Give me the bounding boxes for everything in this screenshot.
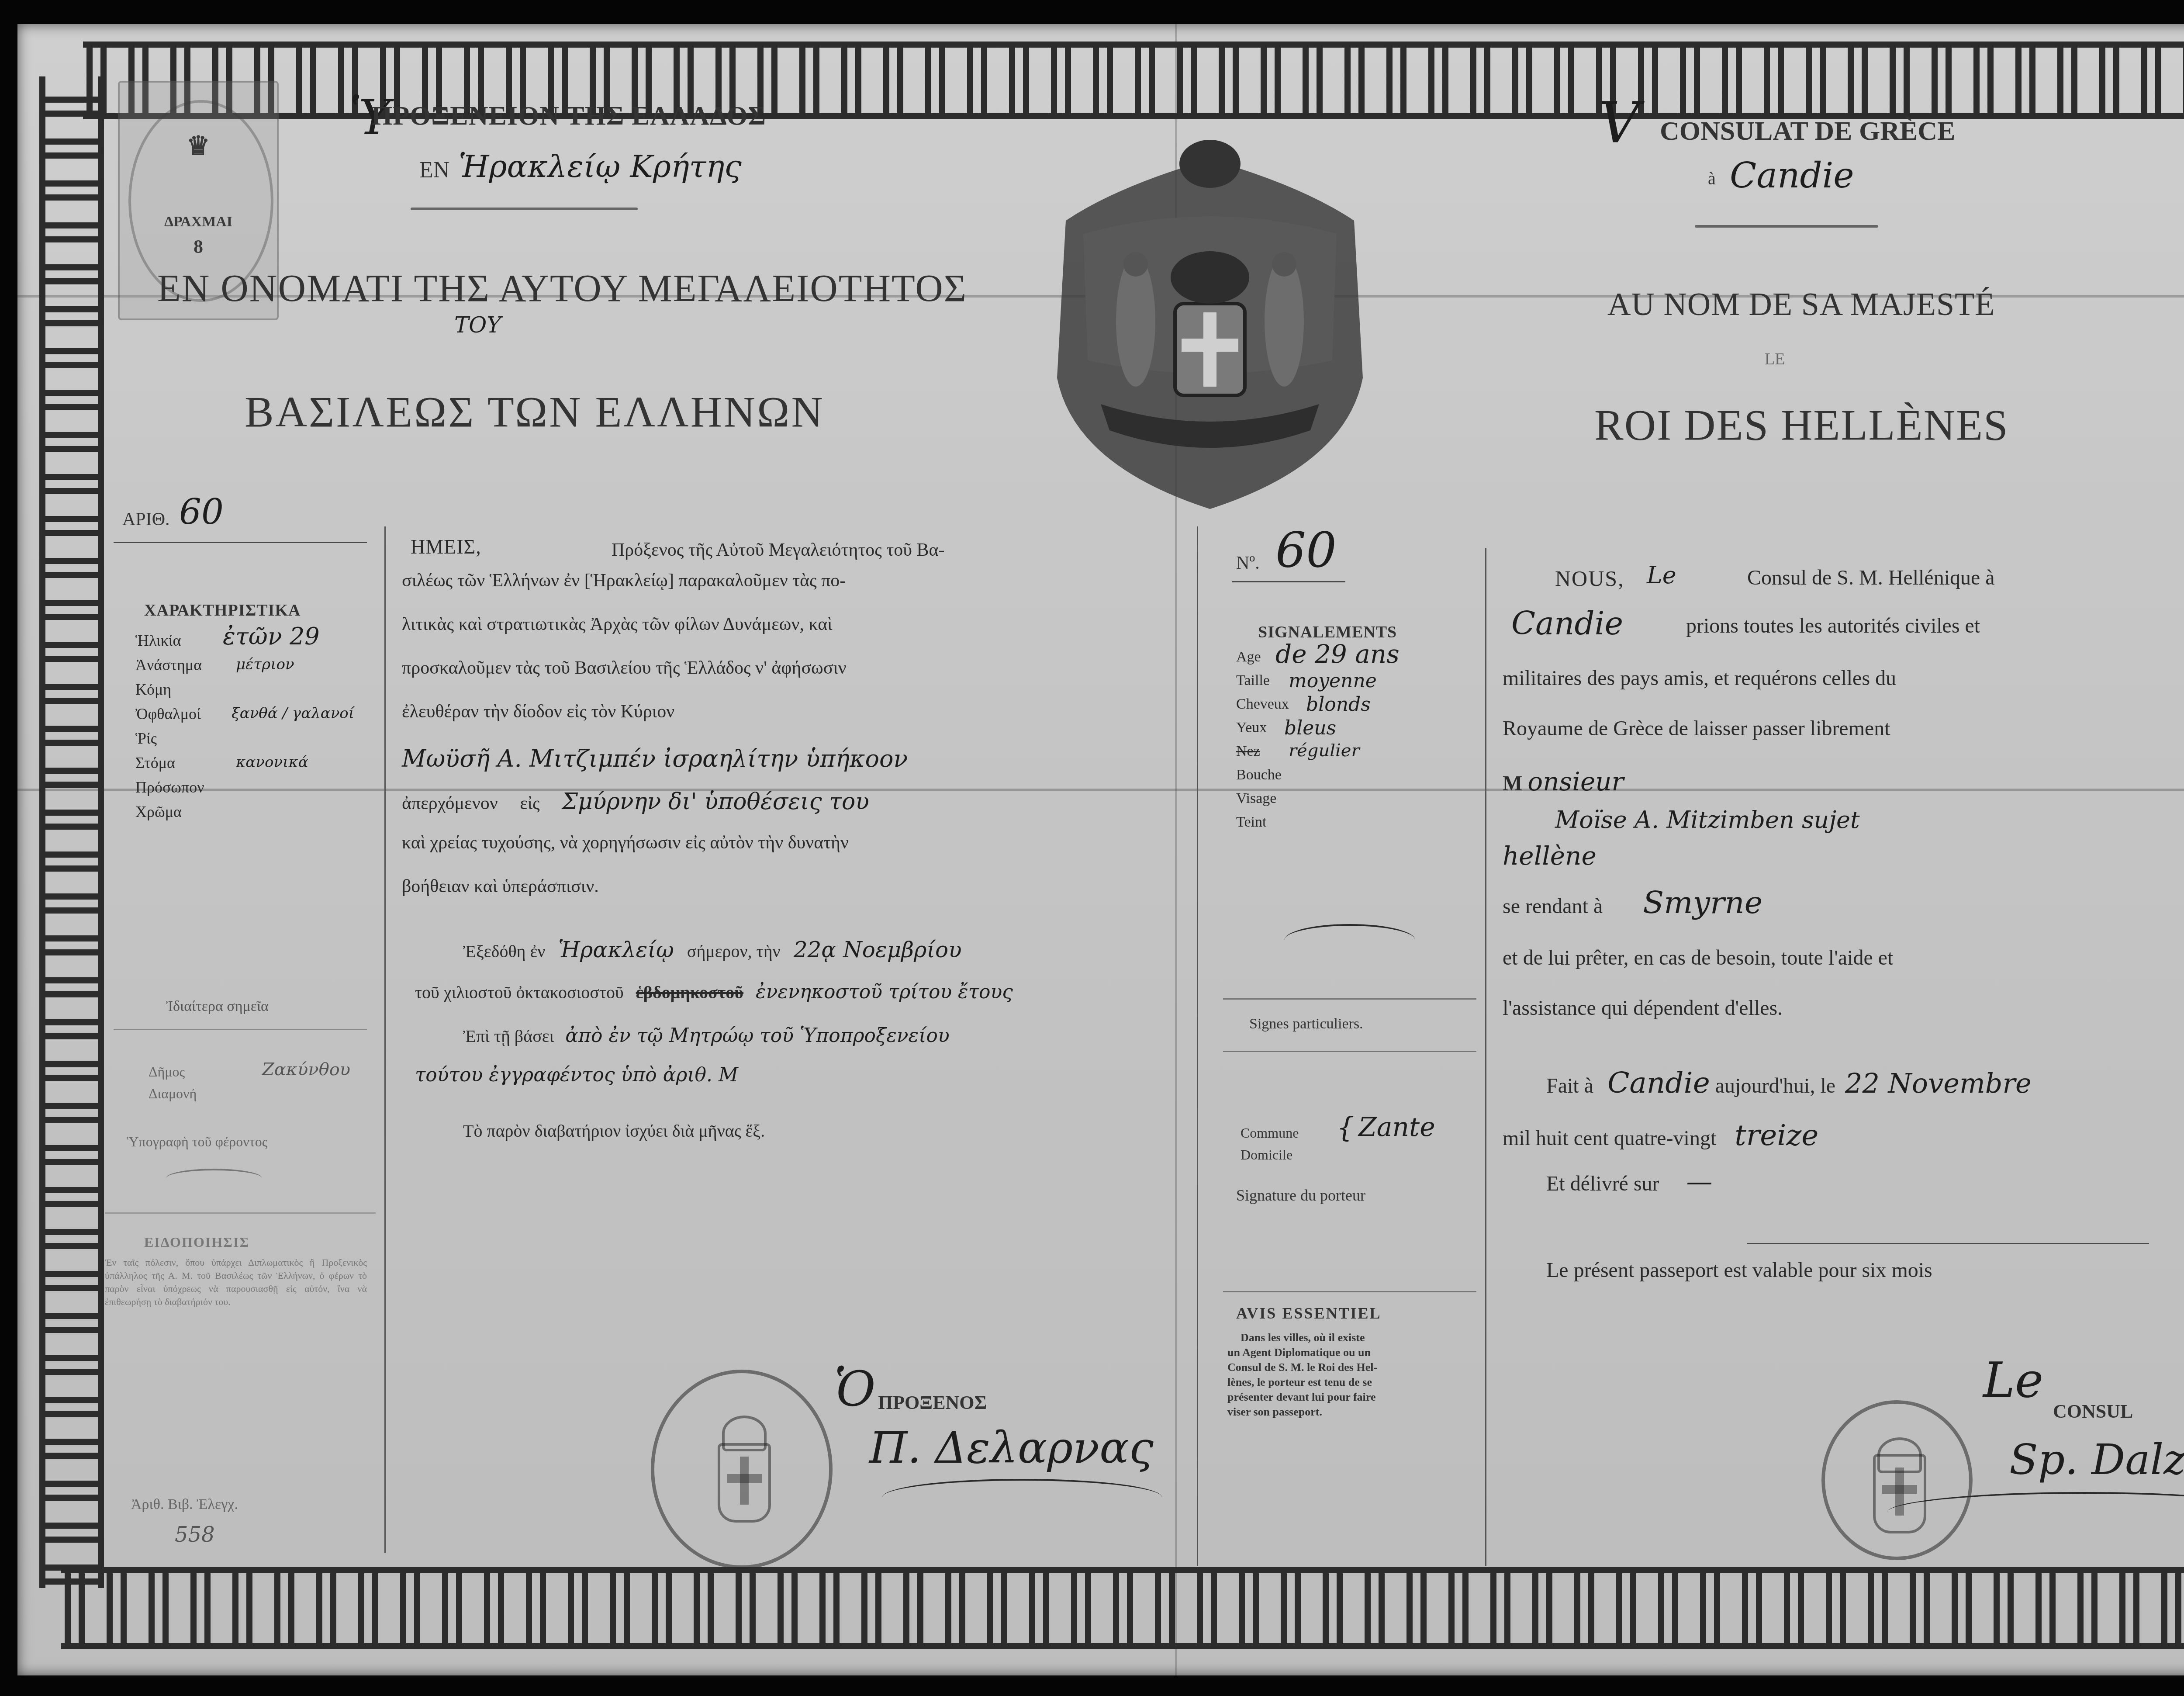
signalement-label: Age <box>1236 649 1261 665</box>
stub-field-row: Ἡλικία ἐτῶν 29 <box>135 631 380 656</box>
greek-signature-flourish <box>882 1479 1162 1516</box>
stub-special-marks-label: Ἰδιαίτερα σημεῖα <box>166 998 269 1015</box>
french-done-line: Fait à Candie aujourd'hui, le 22 Novembr… <box>1503 1066 2184 1118</box>
signalement-row: Age de 29 ans <box>1236 649 1481 672</box>
stub-field-row: Κόμη <box>135 680 380 705</box>
french-city-hand: Candie <box>1511 605 1623 642</box>
french-year-prefix: mil huit cent quatre-vingt <box>1503 1127 1716 1150</box>
french-signature-prefix-hand: Le <box>1983 1352 2043 1408</box>
greek-travel-line: ἀπερχόμενον εἰς Σμύρνην δι' ὑποθέσεις το… <box>397 789 1192 832</box>
stub-field-label: Χρῶμα <box>135 803 182 821</box>
signalement-row: Bouche <box>1236 767 1481 790</box>
greek-basis-hand-2: τούτου ἐγγραφέντος ὑπὸ ἀριθ. M <box>397 1064 1192 1121</box>
french-signature-title: CONSUL <box>2053 1400 2133 1423</box>
french-line3: militaires des pays amis, et requérons c… <box>1503 666 2184 716</box>
stub-field-row: Ὀφθαλμοί ξανθά / γαλανοί <box>135 705 380 729</box>
french-intro-word: NOUS, <box>1555 566 1624 591</box>
avis-line: Dans les villes, où il existe <box>1227 1330 1476 1345</box>
signalement-value: moyenne <box>1289 670 1377 692</box>
greek-issued-date-hand: 22ᾳ Νοεμβρίου <box>794 937 962 962</box>
avis-line: lènes, le porteur est tenu de se <box>1227 1375 1476 1390</box>
stub-characteristics-list: Ἡλικία ἐτῶν 29 Ἀνάστημα μέτριον Κόμη Ὀφθ… <box>135 631 380 827</box>
stub-field-row: Χρῶμα <box>135 803 380 827</box>
french-bearer-name-hand: Moïse A. Mitzimben sujet <box>1503 806 2184 841</box>
greek-basis-line: Ἐπὶ τῇ βάσει ἀπὸ ἐν τῷ Μητρώῳ τοῦ Ὑποπρο… <box>397 1025 1192 1064</box>
greek-key-border-bottom <box>61 1567 2184 1649</box>
greek-coat-of-arms-icon <box>1031 133 1389 518</box>
greek-basis-hand-1: ἀπὸ ἐν τῷ Μητρώῳ τοῦ Ὑποπροξενείου <box>565 1025 949 1047</box>
french-monsieur-hand: onsieur <box>1527 767 1624 796</box>
french-delivered-line: Et délivré sur — <box>1503 1166 2184 1258</box>
greek-destination-hand: Σμύρνην δι' ὑποθέσεις του <box>562 789 869 815</box>
french-consulate-seal-icon <box>1821 1400 1973 1560</box>
french-year-line: mil huit cent quatre-vingt treize <box>1503 1118 2184 1166</box>
greek-header-city-hand: Ἡρακλείῳ Κρήτης <box>459 149 742 184</box>
special-marks-label: Signes particuliers. <box>1249 1016 1363 1032</box>
french-header-city-hand: Candie <box>1730 155 1854 196</box>
domicile-label: Domicile <box>1241 1147 1292 1163</box>
greek-closing-line: βοήθειαν καὶ ὑπεράσπισιν. <box>397 876 1192 937</box>
greek-body-line: ΗΜΕΙΣ, Πρόξενος τῆς Αὐτοῦ Μεγαλειότητος … <box>397 531 1192 570</box>
passport-sheet: ♛ ΔΡΑΧΜΑΙ 8 Ὑ ΠΡΟΞΕΝΕΙΟΝ ΤΗΣ ΕΛΛΑΔΟΣ ΕΝ … <box>17 24 2184 1675</box>
ornament-rule <box>1695 225 1878 228</box>
column-divider <box>384 526 386 1553</box>
commune-label: Commune <box>1241 1125 1299 1141</box>
stub-field-row: Ἀνάστημα μέτριον <box>135 656 380 680</box>
stub-field-value: ἐτῶν 29 <box>223 623 320 650</box>
stub-register-label: Ἀριθ. Βιβ. Ἐλεγχ. <box>131 1496 238 1513</box>
seal-shield-cross <box>718 1443 771 1523</box>
crown-icon: ♛ <box>120 131 277 161</box>
greek-title-line1: ΕΝ ΟΝΟΜΑΤΙ ΤΗΣ ΑΥΤΟΥ ΜΕΓΑΛΕΙΟΤΗΤΟΣ <box>157 267 967 311</box>
french-done-prefix: Fait à <box>1546 1074 1593 1097</box>
greek-millennium-hand: ἐνενηκοστοῦ τρίτου ἔτους <box>756 981 1013 1003</box>
signalement-value: bleus <box>1284 717 1336 739</box>
column-divider <box>1485 548 1486 1566</box>
french-destination-line: se rendant à Smyrne <box>1503 885 2184 946</box>
avis-line: un Agent Diplomatique ou un <box>1227 1345 1476 1360</box>
signalement-label: Cheveux <box>1236 696 1289 712</box>
signalement-row: Taille moyenne <box>1236 672 1481 696</box>
teint-flourish <box>1284 924 1415 956</box>
stub-rule <box>114 1029 367 1030</box>
greek-paragraph-line: σιλέως τῶν Ἑλλήνων ἐν [Ἡρακλείῳ] παρακαλ… <box>397 570 1192 614</box>
french-line1: Consul de S. M. Hellénique à <box>1747 566 1995 590</box>
french-done-city-hand: Candie <box>1607 1066 1710 1100</box>
greek-title-connector: ΤΟΥ <box>454 312 501 338</box>
signalement-label: Teint <box>1236 814 1266 830</box>
stub-residence-label-2: Διαμονή <box>149 1086 197 1102</box>
stub-field-value: μέτριον <box>236 656 294 673</box>
signalements-rule <box>1223 1051 1476 1052</box>
signalements-rule <box>1223 998 1476 1000</box>
signalement-value: blonds <box>1306 693 1371 716</box>
greek-consulate-seal-icon <box>651 1370 833 1569</box>
greek-consul-signature-hand: Π. Δελαρνας <box>869 1422 1154 1473</box>
stub-bearer-signature <box>166 1169 262 1188</box>
stub-register-value: 558 <box>175 1523 215 1547</box>
signalement-label: Nez <box>1236 743 1260 759</box>
signalement-label: Taille <box>1236 672 1270 689</box>
greek-validity: Τὸ παρὸν διαβατήριον ἰσχύει διὰ μῆνας ἕξ… <box>397 1121 1192 1164</box>
avis-line: viser son passeport. <box>1227 1405 1476 1419</box>
signalements-number-label: Nº. <box>1236 553 1260 574</box>
avis-text: Dans les villes, où il existe un Agent D… <box>1227 1330 1476 1419</box>
greek-travel-prefix: ἀπερχόμενον <box>402 793 498 813</box>
stub-residence-value: Ζακύνθου <box>262 1059 350 1080</box>
greek-paragraph-line: Πρόξενος τῆς Αὐτοῦ Μεγαλειότητος τοῦ Βα- <box>612 540 945 561</box>
greek-paragraph-line: προσκαλοῦμεν τὰς τοῦ Βασιλείου τῆς Ἑλλάδ… <box>397 658 1192 701</box>
signalement-value: régulier <box>1289 741 1360 761</box>
stub-characteristics-title: ΧΑΡΑΚΤΗΡΙΣΤΙΚΑ <box>144 601 301 620</box>
stub-rule <box>105 1212 376 1214</box>
french-title-connector: LE <box>1765 350 1785 369</box>
avis-line: présenter devant lui pour faire <box>1227 1390 1476 1405</box>
greek-closing-line: καὶ χρείας τυχούσης, νὰ χορηγήσωσιν εἰς … <box>397 832 1192 876</box>
french-aid-line2: l'assistance qui dépendent d'elles. <box>1503 996 2184 1066</box>
stub-number-value: 60 <box>179 491 224 532</box>
commune-value: Zante <box>1358 1112 1435 1142</box>
french-destination-prefix: se rendant à <box>1503 895 1603 918</box>
greek-year-line: τοῦ χιλιοστοῦ ὀκτακοσιοστοῦ ἑβδομηκοστοῦ… <box>397 981 1192 1025</box>
signalement-row: Visage <box>1236 790 1481 814</box>
stub-field-value: κανονικά <box>236 754 308 771</box>
greek-signature-title: ΠΡΟΞΕΝΟΣ <box>878 1391 987 1414</box>
signalement-label: Visage <box>1236 790 1276 806</box>
greek-millennium-struck: ἑβδομηκοστοῦ <box>636 983 743 1002</box>
greek-issued-line: Ἐξεδόθη ἐν Ἡρακλείῳ σήμερον, τὴν 22ᾳ Νοε… <box>397 937 1192 981</box>
greek-travel-word: εἰς <box>520 793 540 813</box>
french-year-hand: treize <box>1735 1118 1818 1152</box>
signalements-number-rule <box>1232 581 1345 582</box>
signalements-rule <box>1223 1291 1476 1292</box>
avis-line: Consul de S. M. le Roi des Hel- <box>1227 1360 1476 1375</box>
greek-millennium-text: τοῦ χιλιοστοῦ ὀκτακοσιοστοῦ <box>415 983 624 1002</box>
stub-field-label: Στόμα <box>135 754 175 772</box>
french-delivered-prefix: Et délivré sur <box>1546 1172 1659 1195</box>
stub-field-label: Πρόσωπον <box>135 778 204 796</box>
greek-header-en: ΕΝ <box>419 157 449 183</box>
french-body: NOUS, Le Consul de S. M. Hellénique à Ca… <box>1503 566 2184 1302</box>
greek-paragraph-line: ἐλευθέραν τὴν δίοδον εἰς τὸν Κύριον <box>397 701 1192 745</box>
french-done-mid: aujourd'hui, le <box>1715 1074 1835 1097</box>
greek-issued-prefix: Ἐξεδόθη ἐν <box>463 941 545 961</box>
french-intro-hand: Le <box>1647 561 1676 589</box>
greek-consulate-header: ΠΡΟΞΕΝΕΙΟΝ ΤΗΣ ΕΛΛΑΔΟΣ <box>371 100 766 132</box>
french-monsieur-prefix: M <box>1503 772 1522 795</box>
stub-field-row: Ῥίς <box>135 729 380 754</box>
french-nationality-hand: hellène <box>1503 841 2184 885</box>
stub-field-row: Στόμα κανονικά <box>135 754 380 778</box>
french-header-a: à <box>1708 168 1716 189</box>
greek-issued-city-hand: Ἡρακλείῳ <box>558 937 674 962</box>
ornament-rule <box>411 208 638 210</box>
stub-signature-label: Ὑπογραφὴ τοῦ φέροντος <box>127 1134 267 1150</box>
stub-field-label: Ὀφθαλμοί <box>135 705 201 723</box>
greek-paragraph-line: λιτικὰς καὶ στρατιωτικὰς Ἀρχὰς τῶν φίλων… <box>397 614 1192 658</box>
signalement-row: Teint <box>1236 814 1481 838</box>
french-consul-signature-hand: Sp. Dalzica <box>2009 1435 2184 1484</box>
greek-signature-prefix-hand: Ὁ <box>834 1361 876 1417</box>
signalement-row: Cheveux blonds <box>1236 696 1481 720</box>
stub-notice-text: Ἐν ταῖς πόλεσιν, ὅπου ὑπάρχει Διπλωματικ… <box>105 1256 367 1308</box>
avis-title: AVIS ESSENTIEL <box>1236 1304 1382 1322</box>
french-line: Candie prions toutes les autorités civil… <box>1503 614 2184 666</box>
greek-bearer-name-hand: Μωϋσῆ Α. Μιτζιμπέν ἰσραηλίτην ὑπήκοον <box>397 745 1192 789</box>
french-monsieur-line: M onsieur <box>1503 767 2184 806</box>
stub-number-rule <box>114 542 367 543</box>
french-destination-hand: Smyrne <box>1643 885 1762 921</box>
french-consulate-header: CONSULAT DE GRÈCE <box>1660 116 1955 147</box>
french-title-line2: ROI DES HELLÈNES <box>1594 400 2009 450</box>
french-validity: Le présent passeport est valable pour si… <box>1503 1258 2184 1302</box>
french-line2: prions toutes les autorités civiles et <box>1686 614 1980 638</box>
greek-body: ΗΜΕΙΣ, Πρόξενος τῆς Αὐτοῦ Μεγαλειότητος … <box>397 531 1192 1164</box>
stub-field-label: Κόμη <box>135 680 171 699</box>
stub-field-label: Ῥίς <box>135 729 157 748</box>
stub-notice-title: ΕΙΔΟΠΟΙΗΣΙΣ <box>144 1234 249 1250</box>
greek-key-border-left <box>39 76 104 1588</box>
stub-field-label: Ἀνάστημα <box>135 656 202 674</box>
signalements-list: Age de 29 ans Taille moyenne Cheveux blo… <box>1236 649 1481 838</box>
signalement-row: Nez régulier <box>1236 743 1481 767</box>
delivered-rule <box>1747 1243 2149 1244</box>
french-done-date-hand: 22 Novembre <box>1845 1067 2032 1099</box>
stamp-denomination-label: ΔΡΑΧΜΑΙ <box>120 214 277 230</box>
greek-intro-word: ΗΜΕΙΣ, <box>411 535 481 558</box>
bearer-signature-label: Signature du porteur <box>1236 1186 1365 1205</box>
stub-residence-label-1: Δῆμος <box>149 1064 185 1080</box>
french-header-prefix-hand: V <box>1599 90 1640 156</box>
stub-field-value: ξανθά / γαλανοί <box>232 705 354 722</box>
signalement-label: Yeux <box>1236 720 1267 736</box>
stub-field-row: Πρόσωπον <box>135 778 380 803</box>
french-line4: Royaume de Grèce de laisser passer libre… <box>1503 716 2184 767</box>
french-aid-line1: et de lui prêter, en cas de besoin, tout… <box>1503 946 2184 996</box>
signalement-row: Yeux bleus <box>1236 720 1481 743</box>
stub-number-label: ΑΡΙΘ. <box>122 509 170 530</box>
greek-basis-prefix: Ἐπὶ τῇ βάσει <box>463 1026 554 1046</box>
brace-icon: { <box>1337 1112 1355 1144</box>
french-title-line1: AU NOM DE SA MAJESTÉ <box>1607 286 1995 323</box>
french-delivered-hand: — <box>1686 1166 1713 1197</box>
greek-issued-today: σήμερον, τὴν <box>687 941 781 961</box>
signalement-value: de 29 ans <box>1275 639 1400 669</box>
stub-field-label: Ἡλικία <box>135 631 181 650</box>
photo-frame: ♛ ΔΡΑΧΜΑΙ 8 Ὑ ΠΡΟΞΕΝΕΙΟΝ ΤΗΣ ΕΛΛΑΔΟΣ ΕΝ … <box>0 0 2184 1696</box>
signalements-number-value: 60 <box>1275 522 1337 578</box>
greek-title-line2: ΒΑΣΙΛΕΩΣ ΤΩΝ ΕΛΛΗΝΩΝ <box>245 387 825 437</box>
column-divider <box>1197 526 1198 1566</box>
stamp-value: 8 <box>120 235 277 258</box>
signalement-label: Bouche <box>1236 767 1282 783</box>
